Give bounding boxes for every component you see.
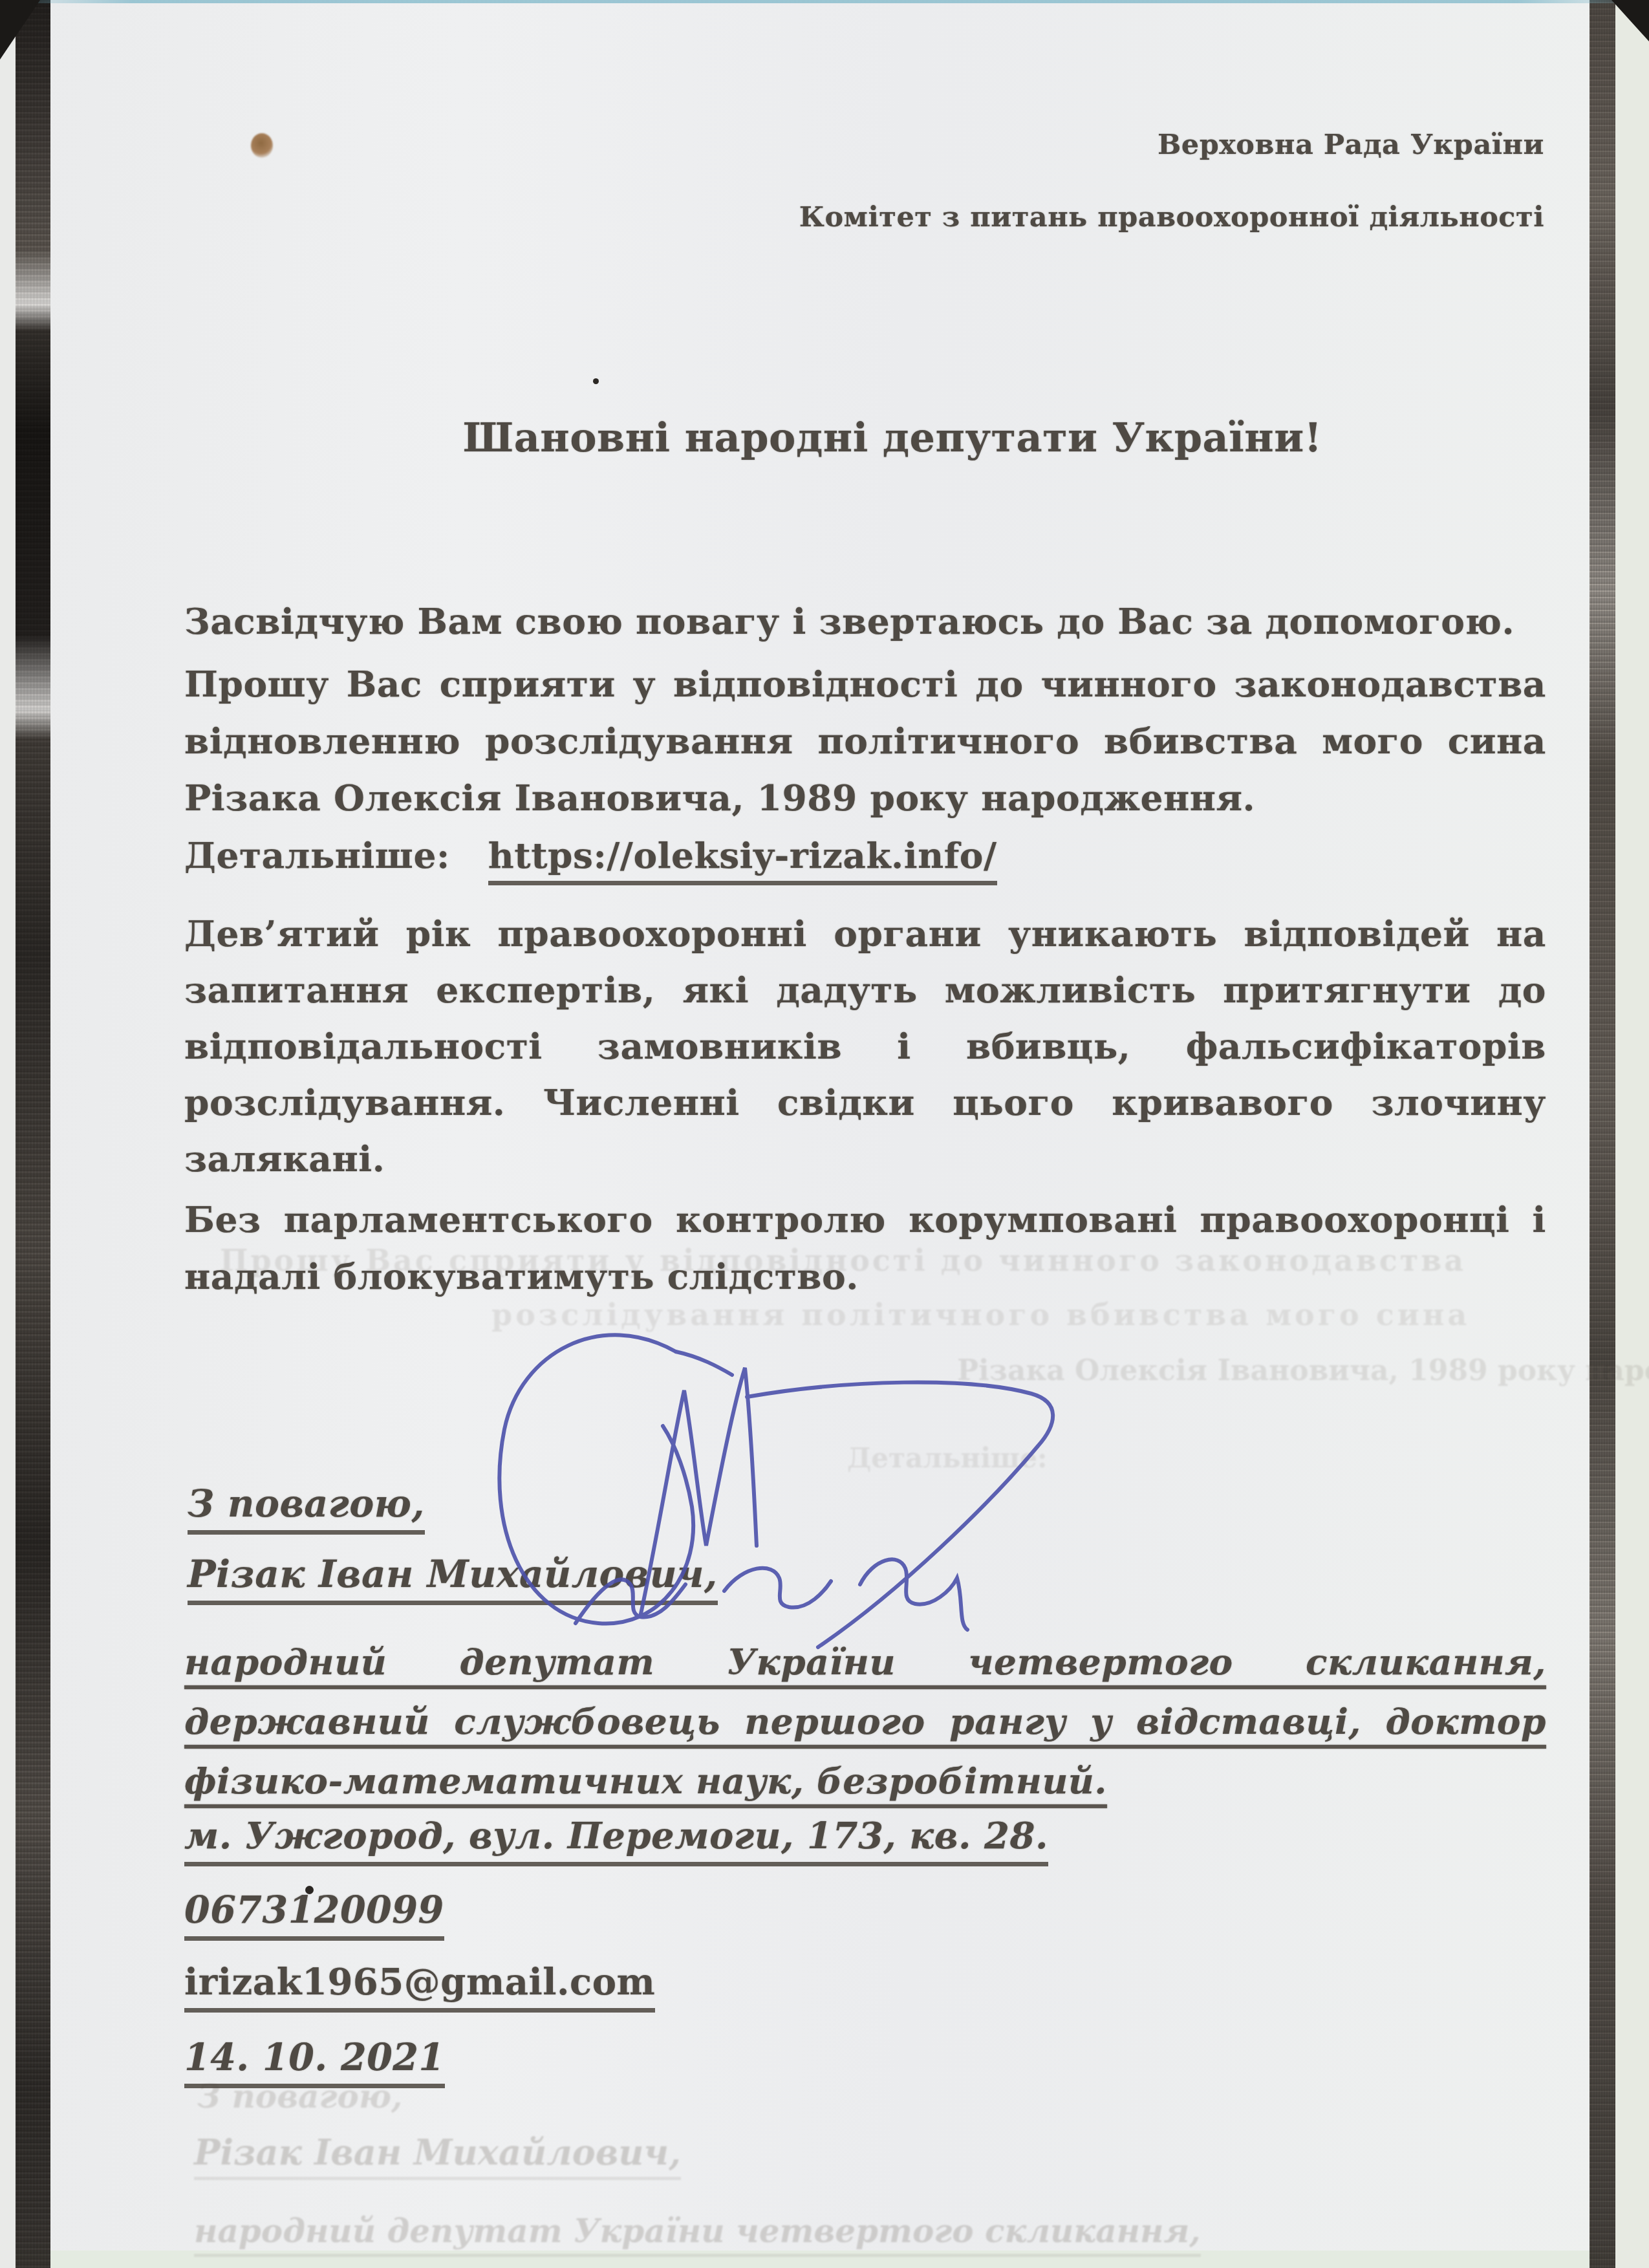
details-link: https://oleksiy-rizak.info/ <box>488 834 997 885</box>
paragraph-parliament-control: Без парламентського контролю корумповані… <box>184 1191 1546 1305</box>
letter-header: Верховна Рада України Комітет з питань п… <box>799 109 1544 254</box>
ghost-text-line: Різак Іван Михайлович, <box>194 2132 681 2180</box>
scanned-letter-page: Прошу Вас сприяти у відповідності до чин… <box>0 0 1649 2268</box>
paragraph-ninth-year: Дев’ятий рік правоохоронні органи уникаю… <box>184 905 1546 1187</box>
paper-stain <box>251 133 273 158</box>
closing-text: З повагою, <box>188 1482 425 1535</box>
ink-speck <box>593 378 599 384</box>
scan-left-margin <box>0 0 16 2268</box>
address-line: м. Ужгород, вул. Перемоги, 173, кв. 28. <box>184 1815 1048 1857</box>
date-line: 14. 10. 2021 <box>184 2036 445 2079</box>
header-recipient-org: Верховна Рада України <box>799 109 1544 181</box>
email-line: irizak1965@gmail.com <box>184 1961 655 2003</box>
address-text: м. Ужгород, вул. Перемоги, 173, кв. 28. <box>184 1815 1048 1866</box>
letter-date: 14. 10. 2021 <box>184 2036 445 2088</box>
paragraph-greeting: Засвідчую Вам свою повагу і звертаюсь до… <box>184 600 1514 642</box>
scan-right-margin <box>1615 0 1649 2268</box>
scan-top-edge-line <box>0 0 1649 3</box>
paragraph-request: Прошу Вас сприяти у відповідності до чин… <box>184 656 1546 826</box>
details-line: Детальніше: https://oleksiy-rizak.info/ <box>184 834 997 876</box>
scan-artifact-left-band <box>16 0 50 2268</box>
phone-number: 0673120099 <box>184 1888 444 1941</box>
phone-line: 0673120099 <box>184 1888 444 1932</box>
closing-line: З повагою, <box>188 1482 425 1526</box>
ghost-text-line: народний депутат України четвертого скли… <box>194 2212 1201 2257</box>
salutation-title: Шановні народні депутати України! <box>213 414 1571 461</box>
email-address: irizak1965@gmail.com <box>184 1961 655 2013</box>
header-recipient-committee: Комітет з питань правоохоронної діяльнос… <box>799 181 1544 254</box>
handwritten-signature <box>446 1313 1086 1675</box>
details-label: Детальніше: <box>184 834 450 876</box>
scan-artifact-right-band <box>1590 0 1615 2268</box>
